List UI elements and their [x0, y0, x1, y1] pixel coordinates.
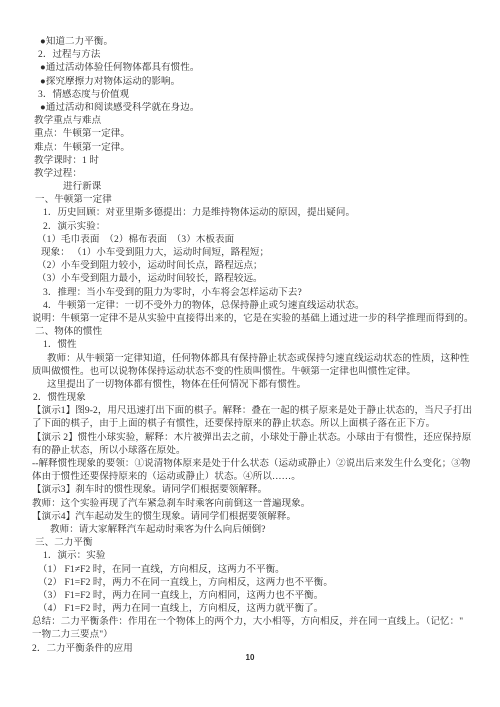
text-line: 一物二力三要点"）	[32, 629, 472, 642]
text-line: 1．历史回顾：对亚里斯多德提出：力是维持物体运动的原因，提出疑问。	[32, 207, 472, 220]
text-line: 2．演示实验：	[32, 221, 472, 234]
text-line: 1．演示：实验	[32, 550, 472, 563]
text-line: 了下面的棋子，由于上面的棋子有惯性，还要保持原来的静止状态。所以上面棋子落在正下…	[32, 418, 472, 431]
text-line: 教师：请大家解释汽车起动时乘客为什么向后倾倒?	[32, 524, 472, 537]
text-line: 3．推理：当小车受到的阻力为零时，小车将会怎样运动下去?	[32, 287, 472, 300]
text-line: 重点：牛顿第一定律。	[32, 128, 472, 141]
text-line: （2）小车受到阻力较小，运动时间长点，路程远点；	[32, 260, 472, 273]
text-line: 教师：从牛顿第一定律知道，任何物体都具有保持静止状态或保持匀速直线运动状态的性质…	[32, 353, 472, 366]
text-line: 一、牛顿第一定律	[32, 194, 472, 207]
text-line: 3．情感态度与价值观	[32, 89, 472, 102]
text-line: 难点：牛顿第一定律。	[32, 142, 472, 155]
text-line: ●通过活动体验任何物体都具有惯性。	[32, 62, 472, 75]
text-line: 1．惯性	[32, 339, 472, 352]
document-body: ●知道二力平衡。2．过程与方法●通过活动体验任何物体都具有惯性。●探究摩擦力对物…	[32, 36, 472, 656]
text-line: 三、二力平衡	[32, 537, 472, 550]
text-line: ●知道二力平衡。	[32, 36, 472, 49]
text-line: （2） F1=F2 时，两力不在同一直线上，方向相反，这两力也不平衡。	[32, 577, 472, 590]
text-line: （4） F1=F2 时，两力在同一直线上，方向相反，这两力就平衡了。	[32, 603, 472, 616]
text-line: 教学过程：	[32, 168, 472, 181]
text-line: 这里提出了一切物体都有惯性，物体在任何情况下都有惯性。	[32, 379, 472, 392]
text-line: 教学重点与难点	[32, 115, 472, 128]
text-line: 【演示 2】惯性小球实验，解释：木片被弹出去之前，小球处于静止状态。小球由于有惯…	[32, 432, 472, 445]
text-line: 2．惯性现象	[32, 392, 472, 405]
page-number: 10	[0, 653, 500, 662]
text-line: ●通过活动和阅读感受科学就在身边。	[32, 102, 472, 115]
text-line: 现象： （1）小车受到阻力大，运动时间短，路程短；	[32, 247, 472, 260]
text-line: ●探究摩擦力对物体运动的影响。	[32, 76, 472, 89]
text-line: 教师：这个实验再现了汽车紧急刹车时乘客向前倒这一普遍现象。	[32, 498, 472, 511]
text-line: 二、物体的惯性	[32, 326, 472, 339]
text-line: 体由于惯性还要保持原来的（运动或静止）状态。④所以……。	[32, 471, 472, 484]
text-line: --解释惯性现象的要领：①说清物体原来是处于什么状态（运动或静止）②说出后来发生…	[32, 458, 472, 471]
text-line: （1）毛巾表面 （2）棉布表面 （3）木板表面	[32, 234, 472, 247]
text-line: 说明：牛顿第一定律不是从实验中直接得出来的，它是在实验的基础上通过进一步的科学推…	[32, 313, 472, 326]
text-line: 总结：二力平衡条件：作用在一个物体上的两个力，大小相等，方向相反，并在同一直线上…	[32, 616, 472, 629]
text-line: 【演示3】刹车时的惯性现象。请同学们根据要领解释。	[32, 484, 472, 497]
text-line: 4．牛顿第一定律：一切不受外力的物体，总保持静止或匀速直线运动状态。	[32, 300, 472, 313]
text-line: 【演示1】图9-2，用尺迅速打出下面的棋子。解释：叠在一起的棋子原来是处于静止状…	[32, 405, 472, 418]
text-line: （3）小车受到阻力最小，运动时间较长，路程较远。	[32, 273, 472, 286]
text-line: 教学课时：1 时	[32, 155, 472, 168]
text-line: 2．过程与方法	[32, 49, 472, 62]
text-line: 【演示4】汽车起动发生的惯生现象。请同学们根据要领解释。	[32, 511, 472, 524]
text-line: 质叫做惯性。也可以说物体保持运动状态不变的性质叫惯性。牛顿第一定律也叫惯性定律。	[32, 366, 472, 379]
text-line: 有的静止状态，所以小球落在原处。	[32, 445, 472, 458]
text-line: 进行新课	[32, 181, 472, 194]
text-line: （1） F1≠F2 时，在同一直线，方向相反，这两力不平衡。	[32, 564, 472, 577]
text-line: （3） F1=F2 时，两力在同一直线上，方向相同，这两力也不平衡。	[32, 590, 472, 603]
document-page: ●知道二力平衡。2．过程与方法●通过活动体验任何物体都具有惯性。●探究摩擦力对物…	[0, 0, 500, 707]
